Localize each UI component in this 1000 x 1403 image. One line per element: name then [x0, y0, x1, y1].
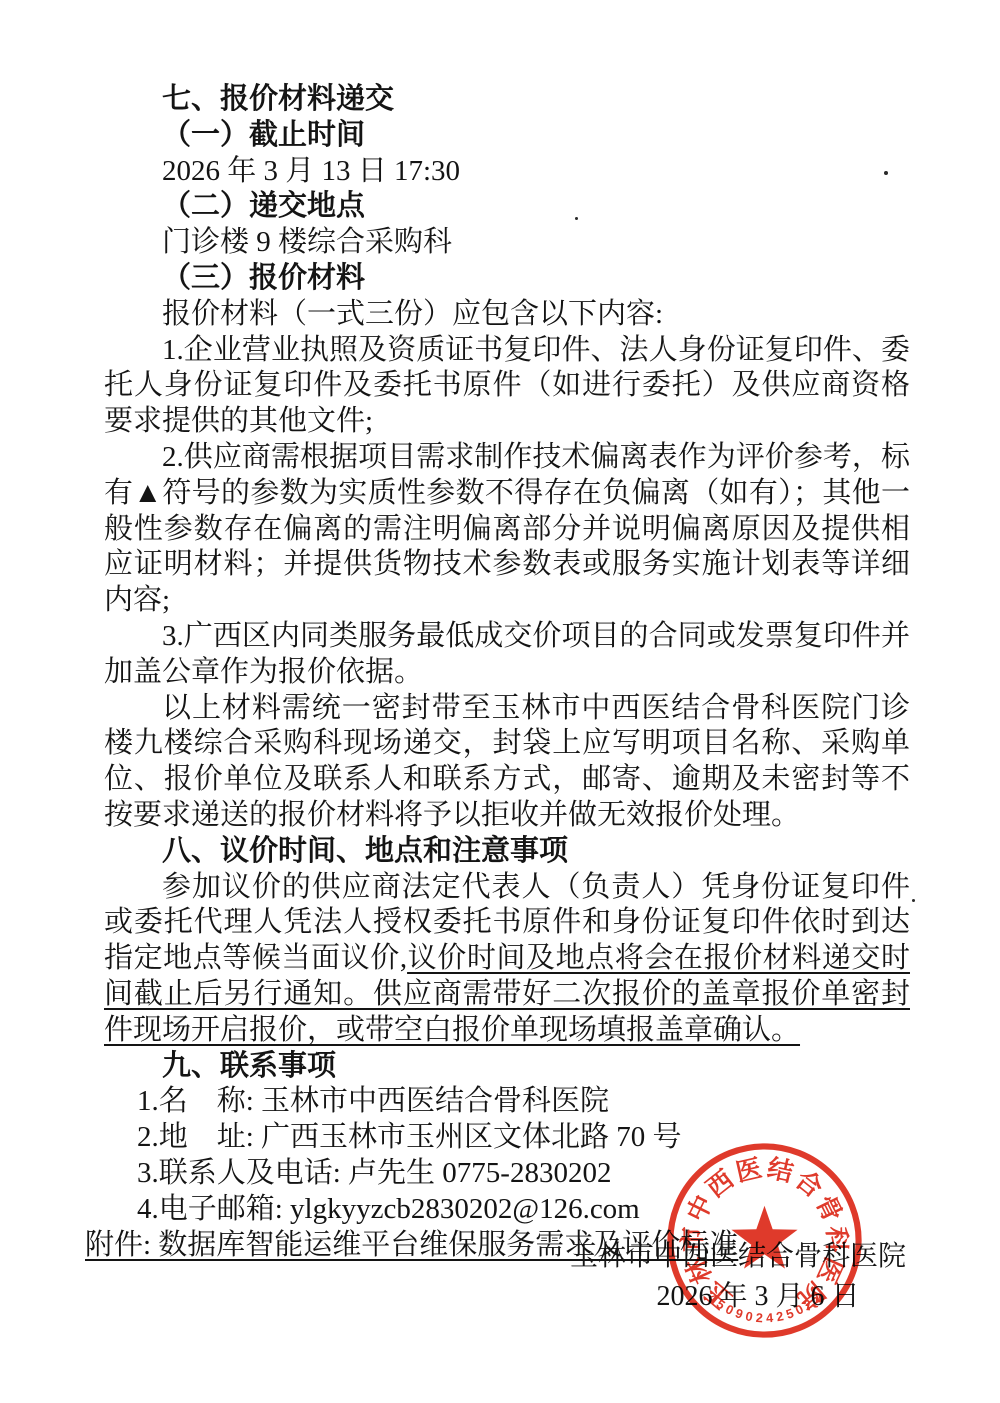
submission-location-text: 门诊楼 9 楼综合采购科 [104, 225, 910, 261]
svg-text:4: 4 [766, 1310, 775, 1325]
svg-text:西: 西 [701, 1164, 739, 1203]
svg-text:林: 林 [680, 1252, 717, 1288]
svg-text:骨: 骨 [810, 1191, 847, 1227]
svg-text:市: 市 [678, 1226, 707, 1252]
seal-star-icon [731, 1206, 797, 1269]
sealing-instructions: 以上材料需统一密封带至玉林市中西医结合骨科医院门诊楼九楼综合采购科现场递交，封袋… [104, 691, 910, 834]
scan-speck [575, 217, 578, 220]
deadline-text: 2026 年 3 月 13 日 17:30 [104, 154, 910, 190]
section7-sub3-heading: （三）报价材料 [104, 261, 910, 297]
svg-text:医: 医 [733, 1153, 764, 1187]
document-body: 七、报价材料递交 （一）截止时间 2026 年 3 月 13 日 17:30 （… [104, 82, 910, 1263]
section8-heading: 八、议价时间、地点和注意事项 [104, 834, 910, 870]
materials-item-3: 3.广西区内同类服务最低成交价项目的合同或发票复印件并加盖公章作为报价依据。 [104, 619, 910, 691]
section7-sub2-heading: （二）递交地点 [104, 189, 910, 225]
negotiation-paragraph: 参加议价的供应商法定代表人（负责人）凭身份证复印件或委托代理人凭法人授权委托书原… [104, 870, 910, 1049]
section7-heading: 七、报价材料递交 [104, 82, 910, 118]
svg-text:结: 结 [765, 1153, 797, 1187]
section7-sub1-heading: （一）截止时间 [104, 118, 910, 154]
svg-text:2: 2 [755, 1310, 763, 1325]
svg-text:2: 2 [775, 1308, 785, 1324]
section9-heading: 九、联系事项 [104, 1049, 910, 1085]
document-page: 七、报价材料递交 （一）截止时间 2026 年 3 月 13 日 17:30 （… [0, 0, 1000, 1403]
official-seal: 玉林市中西医结合骨科医院 450902425022 [652, 1128, 877, 1353]
scan-speck [884, 171, 888, 175]
svg-text:0: 0 [744, 1308, 754, 1324]
scan-speck [912, 899, 915, 902]
svg-text:科: 科 [822, 1226, 851, 1252]
materials-item-2: 2.供应商需根据项目需求制作技术偏离表作为评价参考，标有▲符号的参数为实质性参数… [104, 440, 910, 619]
svg-text:9: 9 [733, 1305, 745, 1322]
materials-intro: 报价材料（一式三份）应包含以下内容: [104, 297, 910, 333]
contact-name: 1.名 称: 玉林市中西医结合骨科医院 [104, 1084, 910, 1120]
materials-item-1: 1.企业营业执照及资质证书复印件、法人身份证复印件、委托人身份证复印件及委托书原… [104, 333, 910, 440]
